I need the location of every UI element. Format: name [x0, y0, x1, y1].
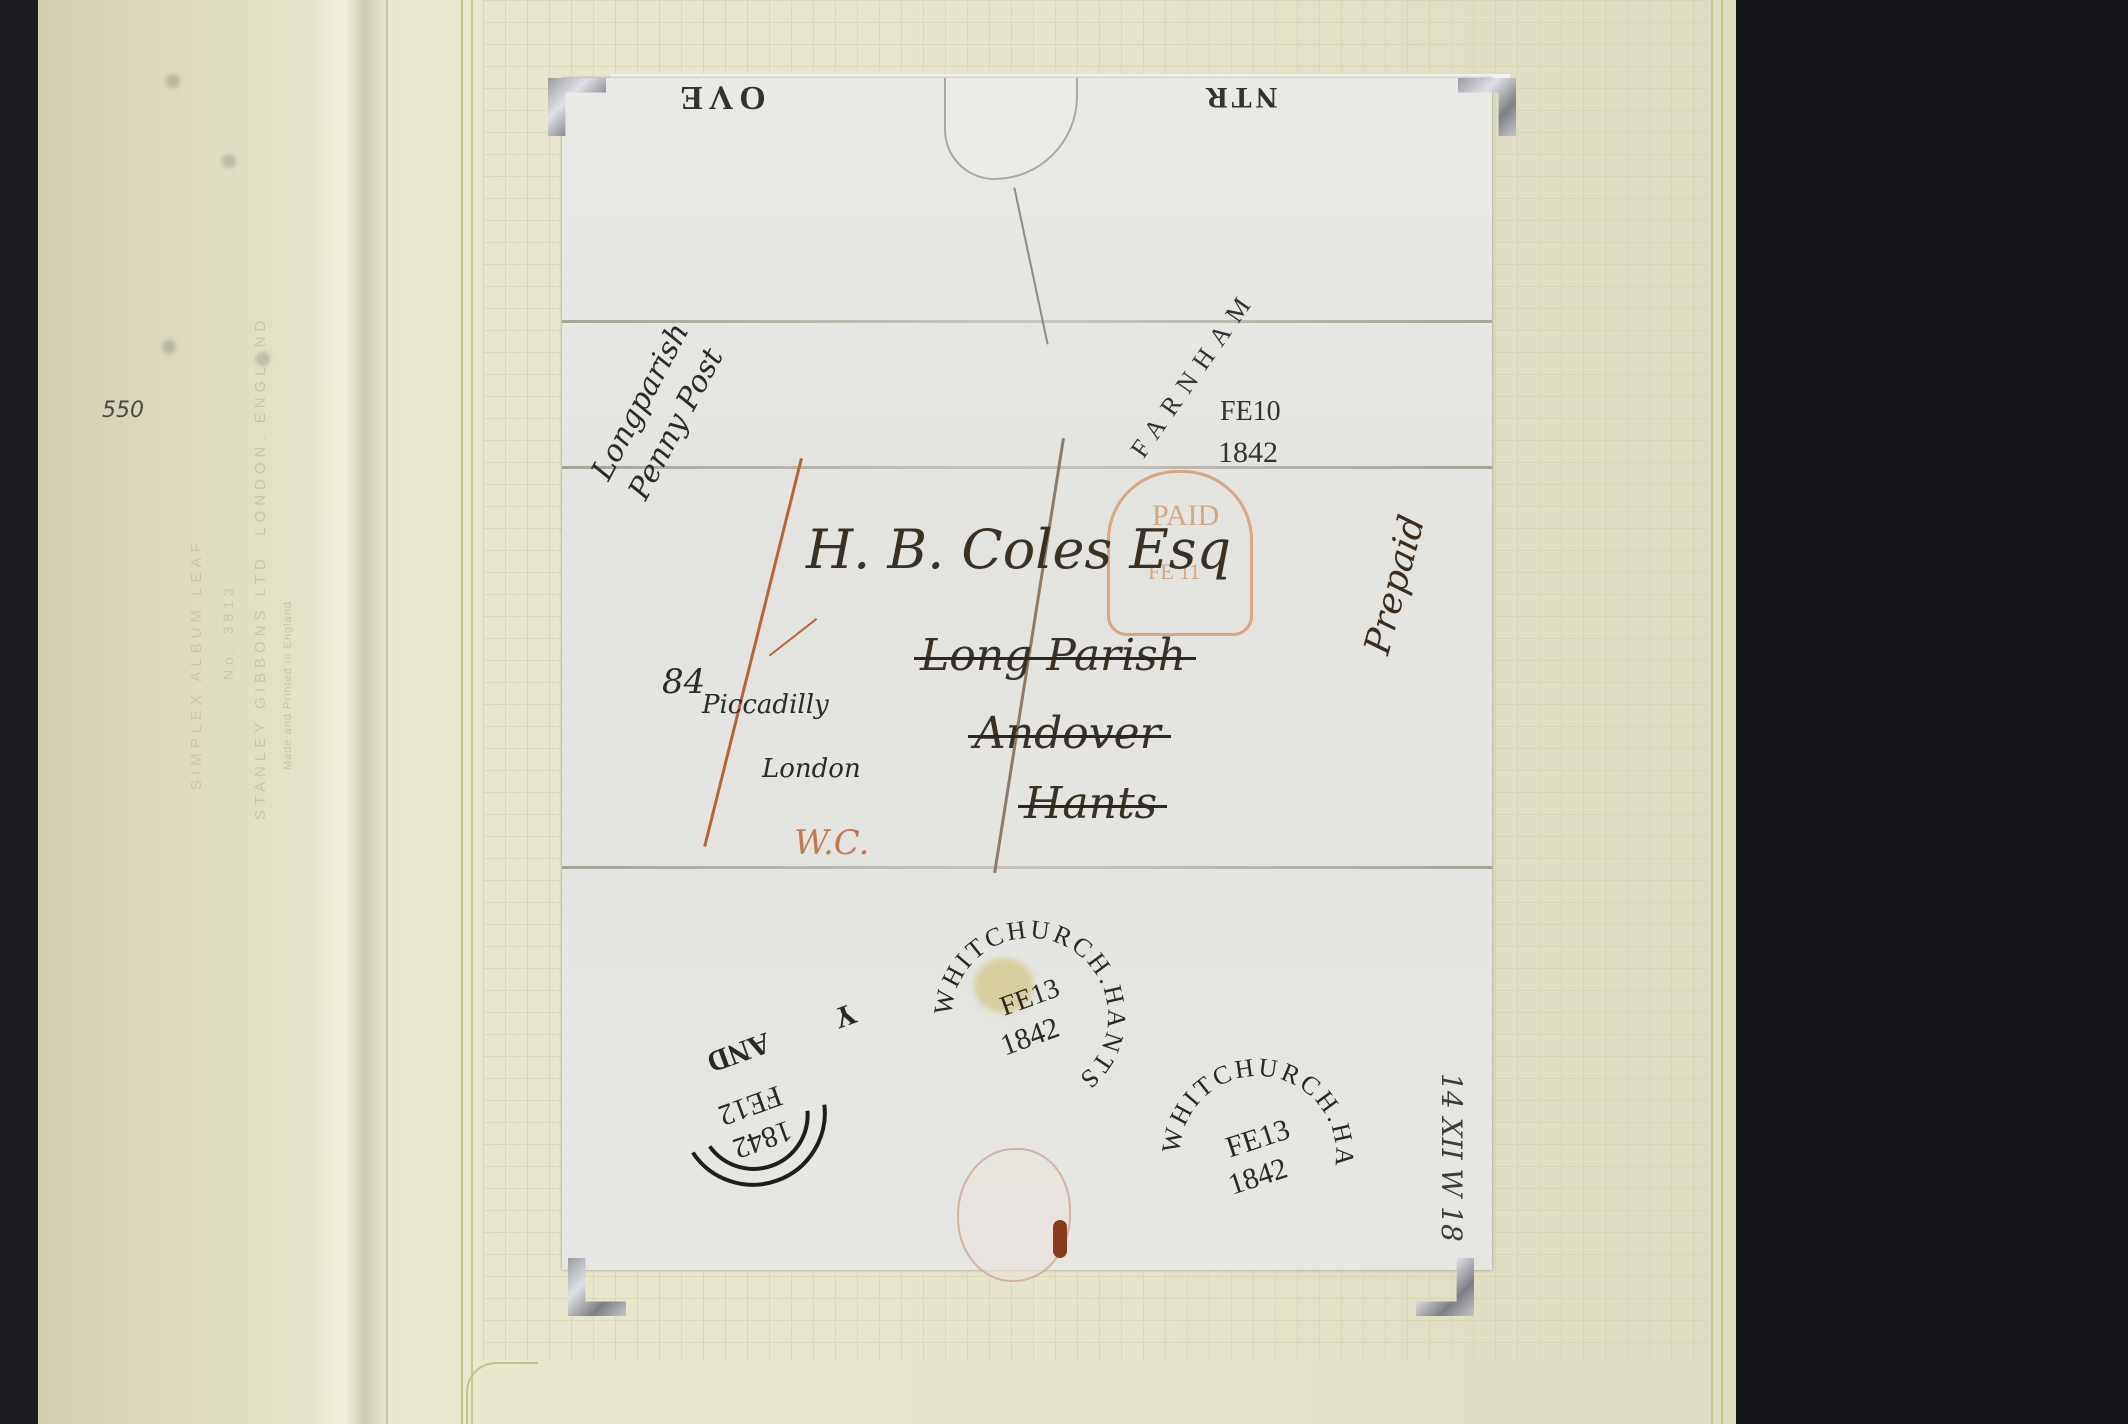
- leaf-border-ornament: [466, 1362, 538, 1424]
- leaf-spot: [222, 154, 236, 168]
- leaf-hinge-fold: [308, 0, 388, 1424]
- leaf-spot: [166, 74, 180, 88]
- whitchurch-postmark-2: WHITCHURCH.HA FE13 1842: [1158, 1054, 1358, 1254]
- whitchurch-postmark-1: WHITCHURCH.HANTS FE13 1842: [930, 916, 1130, 1116]
- farnham-postmark-date: FE10: [1220, 396, 1281, 428]
- cover-fold: [562, 466, 1492, 469]
- pencil-side-note: 14 XII W 18: [1435, 1073, 1468, 1242]
- wax-seal-remnant: [957, 1148, 1071, 1282]
- imprint-title: SIMPLEX ALBUM LEAF: [188, 538, 205, 790]
- addressee-name: H. B. Coles Esq: [806, 518, 1231, 581]
- partial-handstamp-left: OVE: [674, 78, 766, 116]
- imprint-made-in: Made and Printed in England: [282, 601, 294, 770]
- imprint-number: No. 3813: [220, 583, 236, 680]
- album-leaf-imprint: SIMPLEX ALBUM LEAF No. 3813 STANLEY GIBB…: [166, 300, 266, 800]
- inverted-postmark-partial-2: Y: [745, 965, 945, 1065]
- dark-background-left: [0, 0, 38, 1424]
- address-line-struck: Hants: [1024, 778, 1157, 829]
- prepaid-annotation: Prepaid: [1357, 511, 1433, 659]
- redirect-district: W.C.: [794, 823, 869, 863]
- inverted-london-postmark: FE12 1842 AND Y: [634, 1010, 890, 1266]
- address-line-struck: Andover: [974, 708, 1161, 759]
- partial-handstamp-right: NTR: [1202, 80, 1277, 114]
- farnham-postmark-year: 1842: [1218, 436, 1278, 470]
- red-manuscript-stroke: [769, 618, 818, 657]
- pencil-catalogue-number: 550: [102, 398, 144, 423]
- redirect-city: London: [762, 754, 861, 784]
- red-manuscript-stroke: [703, 458, 803, 847]
- cover-fold: [562, 320, 1492, 323]
- cover-fold: [562, 866, 1492, 869]
- cover-flap: [944, 78, 1078, 180]
- redirect-number: 84: [662, 662, 705, 702]
- redirect-street: Piccadilly: [702, 690, 829, 720]
- wax-seal-red-fragment: [1053, 1220, 1067, 1258]
- imprint-publisher: STANLEY GIBBONS LTD. LONDON. ENGLAND: [252, 316, 269, 820]
- address-line-struck: Long Parish: [920, 630, 1186, 681]
- leaf-hinge-line: [386, 0, 388, 1424]
- longparish-penny-post-handstamp: Longparish Penny Post: [582, 316, 737, 508]
- postal-cover: OVE NTR FARNHAM FE10 1842 Longparish Pen…: [562, 78, 1492, 1270]
